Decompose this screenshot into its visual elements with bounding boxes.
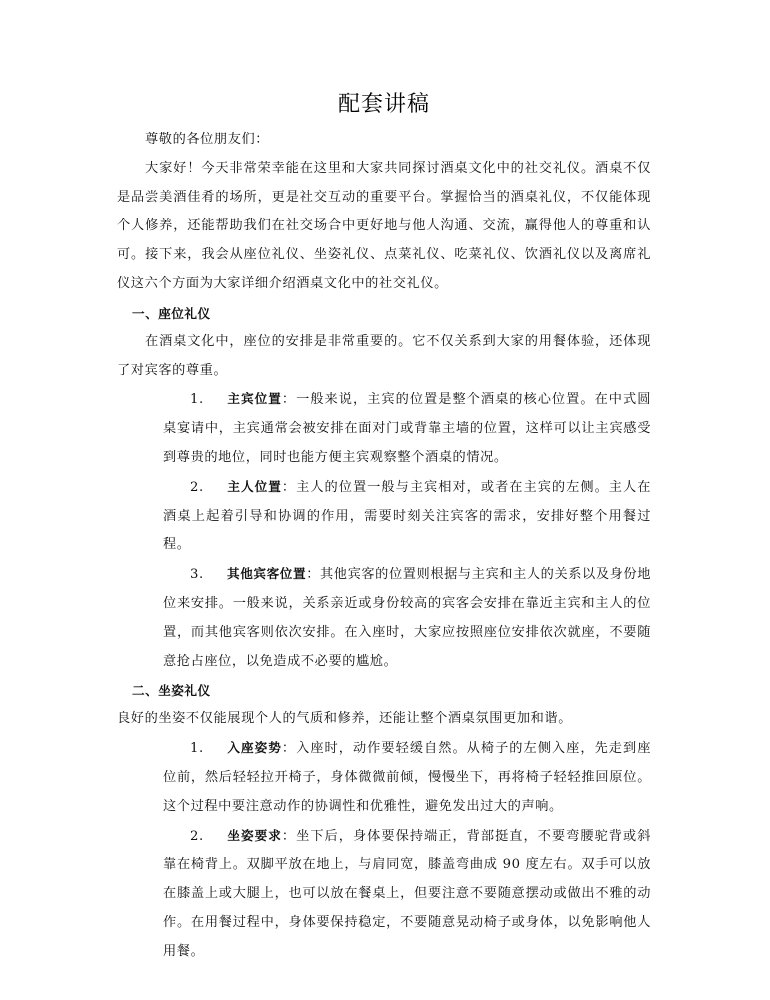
section-heading: 二、坐姿礼仪 [117, 676, 651, 705]
numbered-list: 1.主宾位置：一般来说，主宾的位置是整个酒桌的核心位置。在中式圆桌宴请中，主宾通… [117, 385, 651, 676]
list-item: 1.主宾位置：一般来说，主宾的位置是整个酒桌的核心位置。在中式圆桌宴请中，主宾通… [163, 385, 651, 472]
list-item: 2.坐姿要求：坐下后，身体要保持端正，背部挺直，不要弯腰驼背或斜靠在椅背上。双脚… [163, 822, 651, 967]
list-item: 2.主人位置：主人的位置一般与主宾相对，或者在主宾的左侧。主人在酒桌上起着引导和… [163, 473, 651, 560]
list-item-label: 主人位置 [227, 479, 282, 494]
intro-paragraph: 大家好！今天非常荣幸能在这里和大家共同探讨酒桌文化中的社交礼仪。酒桌不仅是品尝美… [117, 155, 651, 299]
list-item: 1.入座姿势：入座时，动作要轻缓自然。从椅子的左侧入座，先走到座位前，然后轻轻拉… [163, 734, 651, 821]
list-item-label: 其他宾客位置 [227, 566, 306, 581]
section-paragraph: 在酒桌文化中，座位的安排是非常重要的。它不仅关系到大家的用餐体验，还体现了对宾客… [117, 328, 651, 386]
section-seating: 一、座位礼仪 在酒桌文化中，座位的安排是非常重要的。它不仅关系到大家的用餐体验，… [117, 299, 651, 677]
document-page: 配套讲稿 尊敬的各位朋友们： 大家好！今天非常荣幸能在这里和大家共同探讨酒桌文化… [117, 88, 651, 967]
greeting: 尊敬的各位朋友们： [117, 126, 651, 155]
list-item-label: 坐姿要求 [227, 828, 282, 843]
list-number: 2. [190, 823, 227, 852]
section-heading: 一、座位礼仪 [117, 299, 651, 328]
list-number: 2. [190, 474, 227, 503]
list-number: 1. [190, 735, 227, 764]
list-item: 3.其他宾客位置：其他宾客的位置则根据与主宾和主人的关系以及身份地位来安排。一般… [163, 560, 651, 676]
numbered-list: 1.入座姿势：入座时，动作要轻缓自然。从椅子的左侧入座，先走到座位前，然后轻轻拉… [117, 734, 651, 966]
list-number: 3. [190, 561, 227, 590]
document-title: 配套讲稿 [117, 88, 651, 124]
list-item-text: ：其他宾客的位置则根据与主宾和主人的关系以及身份地位来安排。一般来说，关系亲近或… [163, 567, 651, 668]
section-sitting-posture: 二、坐姿礼仪 良好的坐姿不仅能展现个人的气质和修养，还能让整个酒桌氛围更加和谐。… [117, 676, 651, 966]
list-item-label: 入座姿势 [227, 740, 282, 755]
list-item-text: ：坐下后，身体要保持端正，背部挺直，不要弯腰驼背或斜靠在椅背上。双脚平放在地上，… [163, 829, 651, 959]
section-paragraph: 良好的坐姿不仅能展现个人的气质和修养，还能让整个酒桌氛围更加和谐。 [117, 705, 651, 734]
list-number: 1. [190, 386, 227, 415]
list-item-label: 主宾位置 [227, 391, 282, 406]
